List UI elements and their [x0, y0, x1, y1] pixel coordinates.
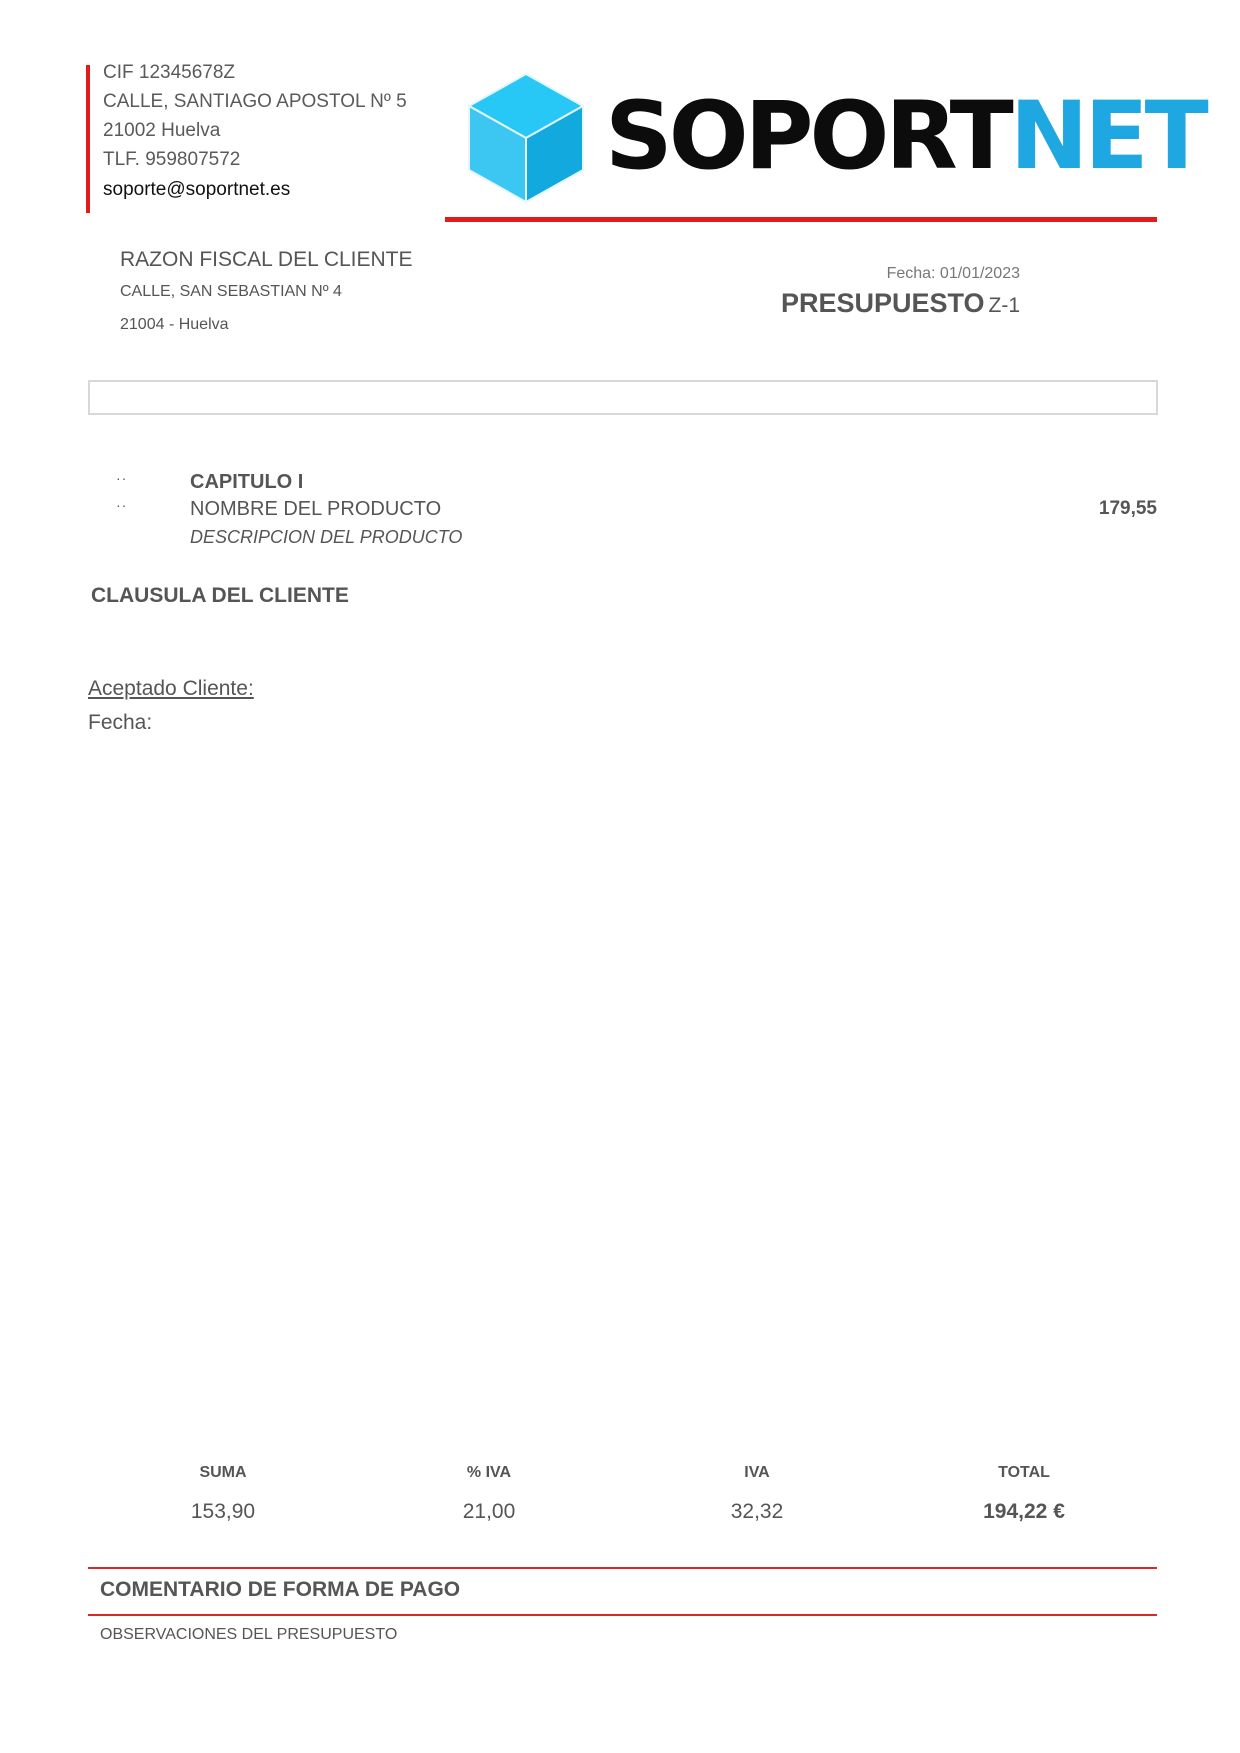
payment-top-divider [88, 1567, 1157, 1569]
client-city: 21004 - Huelva [120, 316, 229, 334]
product-price: 179,55 [1099, 498, 1157, 520]
totals-header-suma: SUMA [123, 1464, 323, 1482]
chapter-bullet: ·· [116, 470, 127, 486]
document-number: Z-1 [989, 294, 1021, 317]
company-email[interactable]: soporte@soportnet.es [103, 179, 290, 201]
product-name: NOMBRE DEL PRODUCTO [190, 498, 441, 521]
totals-header-iva: IVA [657, 1464, 857, 1482]
company-city: 21002 Huelva [103, 120, 220, 142]
totals-value-total: 194,22 € [924, 1500, 1124, 1524]
client-name: RAZON FISCAL DEL CLIENTE [120, 248, 413, 272]
document-type: PRESUPUESTO [781, 288, 985, 318]
company-accent-bar [86, 65, 90, 213]
company-phone: TLF. 959807572 [103, 149, 240, 171]
company-address: CALLE, SANTIAGO APOSTOL Nº 5 [103, 91, 407, 113]
totals-header-total: TOTAL [924, 1464, 1124, 1482]
header-divider [445, 217, 1157, 222]
totals-header-iva-percent: % IVA [389, 1464, 589, 1482]
logo-text-dark: SOPORT [605, 82, 1010, 191]
document-title: PRESUPUESTOZ-1 [781, 288, 1020, 319]
totals-value-suma: 153,90 [123, 1500, 323, 1524]
company-logo: SOPORTNET [465, 70, 1145, 208]
product-bullet: ·· [116, 497, 127, 513]
logo-text-blue: NET [1010, 82, 1205, 191]
payment-comment-title: COMENTARIO DE FORMA DE PAGO [100, 1578, 460, 1602]
client-info-box [88, 380, 1158, 415]
client-address: CALLE, SAN SEBASTIAN Nº 4 [120, 283, 342, 301]
client-clause: CLAUSULA DEL CLIENTE [91, 584, 349, 608]
document-date: Fecha: 01/01/2023 [887, 265, 1020, 283]
payment-bottom-divider [88, 1614, 1157, 1616]
logo-wordmark: SOPORTNET [605, 82, 1205, 192]
product-description: DESCRIPCION DEL PRODUCTO [190, 527, 462, 548]
budget-observations: OBSERVACIONES DEL PRESUPUESTO [100, 1626, 397, 1644]
totals-value-iva: 32,32 [657, 1500, 857, 1524]
company-cif: CIF 12345678Z [103, 62, 235, 84]
signature-date: Fecha: [88, 711, 152, 735]
chapter-title: CAPITULO I [190, 471, 303, 494]
cube-icon [465, 70, 587, 206]
totals-value-iva-percent: 21,00 [389, 1500, 589, 1524]
accepted-by-client: Aceptado Cliente: [88, 677, 254, 701]
